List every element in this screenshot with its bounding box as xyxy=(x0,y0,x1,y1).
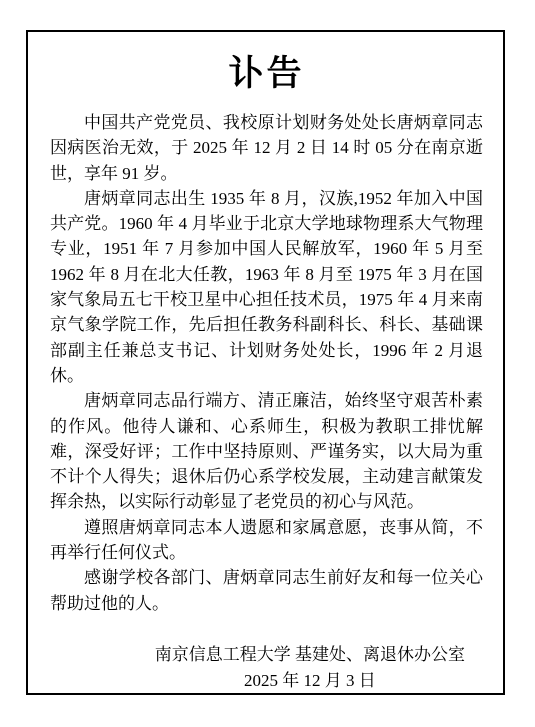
paragraph: 感谢学校各部门、唐炳章同志生前好友和每一位关心帮助过他的人。 xyxy=(50,565,483,616)
obituary-page: 讣告 中国共产党党员、我校原计划财务处处长唐炳章同志因病医治无效，于 2025 … xyxy=(0,0,535,727)
paragraph: 唐炳章同志品行端方、清正廉洁，始终坚守艰苦朴素的作风。他待人谦和、心系师生，积极… xyxy=(50,388,483,514)
paragraph: 唐炳章同志出生 1935 年 8 月，汉族,1952 年加入中国共产党。1960… xyxy=(50,186,483,388)
paragraph: 遵照唐炳章同志本人遗愿和家属意愿，丧事从简，不再举行任何仪式。 xyxy=(50,515,483,566)
document-border-frame: 讣告 中国共产党党员、我校原计划财务处处长唐炳章同志因病医治无效，于 2025 … xyxy=(26,30,505,695)
paragraph: 中国共产党党员、我校原计划财务处处长唐炳章同志因病医治无效，于 2025 年 1… xyxy=(50,110,483,186)
signature-organization: 南京信息工程大学 基建处、离退休办公室 xyxy=(155,642,465,668)
page-title: 讣告 xyxy=(50,54,483,94)
obituary-body: 中国共产党党员、我校原计划财务处处长唐炳章同志因病医治无效，于 2025 年 1… xyxy=(50,110,483,616)
signature-block: 南京信息工程大学 基建处、离退休办公室 2025 年 12 月 3 日 xyxy=(50,642,483,694)
signature-inner: 南京信息工程大学 基建处、离退休办公室 2025 年 12 月 3 日 xyxy=(155,642,465,694)
signature-date: 2025 年 12 月 3 日 xyxy=(155,668,465,694)
